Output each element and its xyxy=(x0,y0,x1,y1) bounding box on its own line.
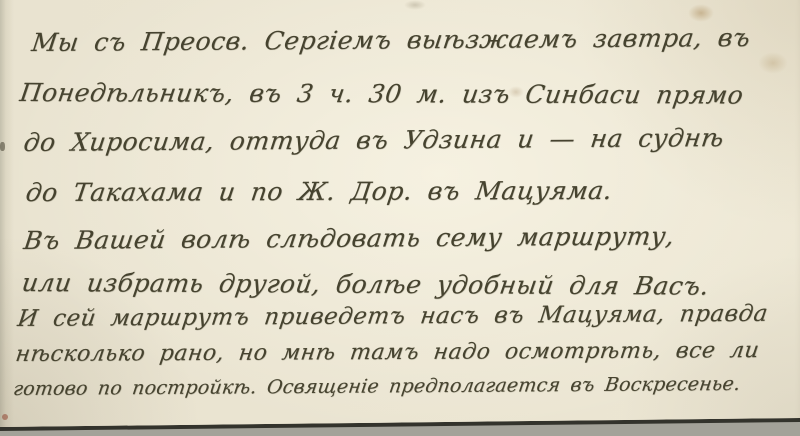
scanned-photo: Мы съ Преосв. Сергіемъ выѣзжаемъ завтра,… xyxy=(0,0,800,436)
handwritten-line: Понедѣльникъ, въ 3 ч. 30 м. изъ Синбаси … xyxy=(18,78,745,110)
handwritten-line: Въ Вашей волѣ слѣдовать сему маршруту, xyxy=(22,221,676,255)
handwritten-line: Мы съ Преосв. Сергіемъ выѣзжаемъ завтра,… xyxy=(30,23,752,57)
handwritten-line: И сей маршрутъ приведетъ насъ въ Мацуяма… xyxy=(16,301,770,332)
handwritten-text: Мы съ Преосв. Сергіемъ выѣзжаемъ завтра,… xyxy=(0,0,800,436)
handwritten-line: готово по постройкѣ. Освященіе предполаг… xyxy=(12,373,742,400)
handwritten-line: до Хиросима, оттуда въ Удзина и — на суд… xyxy=(22,123,726,157)
handwritten-line: или избрать другой, болѣе удобный для Ва… xyxy=(20,268,711,301)
handwritten-line: до Такахама и по Ж. Дор. въ Мацуяма. xyxy=(24,176,614,207)
handwritten-line: нѣсколько рано, но мнѣ тамъ надо осмотрѣ… xyxy=(14,338,761,367)
note-card: Мы съ Преосв. Сергіемъ выѣзжаемъ завтра,… xyxy=(0,0,800,436)
